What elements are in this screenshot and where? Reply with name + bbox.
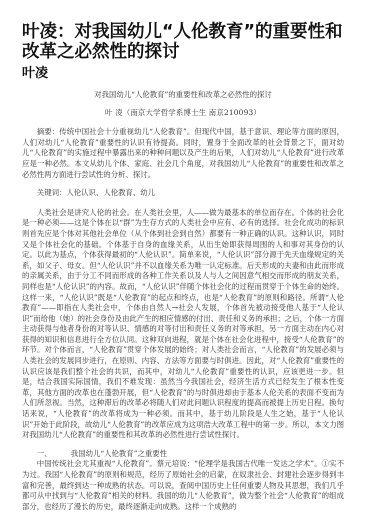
- keywords-line: 关键词：人伦认识、人伦教育、幼儿: [22, 188, 344, 199]
- abstract-paragraph: 摘要：传统中国社会十分重视幼儿“人伦教育”。但现代中国，基于意识、理论等方面的原…: [22, 127, 344, 180]
- section-title: 我国幼儿“人伦教育”之重要性: [71, 449, 167, 458]
- intro-paragraph: 人类社会是讲究人伦的社会。在人类社会里，人——做为最基本的单位而存在。个体的社会…: [22, 208, 344, 441]
- page-title: 叶凌：对我国幼儿“人伦教育”的重要性和改革之必然性的探讨: [22, 22, 352, 62]
- page-author: 叶凌: [22, 66, 48, 82]
- document-byline: 叶 凌（南京大学哲学系博士生 南京210093）: [22, 108, 344, 119]
- section-paragraph: 中国传统社会尤其重视“人伦教育”。蔡元培说：“伦理学是我国古代唯一发达之学术”。…: [22, 459, 344, 512]
- section-heading: 一、我国幼儿“人伦教育”之重要性: [22, 449, 344, 460]
- document-heading: 对我国幼儿“人伦教育”的重要性和改革之必然性的探讨: [22, 90, 344, 101]
- section-number: 一、: [37, 449, 71, 460]
- document-page: 叶凌：对我国幼儿“人伦教育”的重要性和改革之必然性的探讨 叶凌 对我国幼儿“人伦…: [0, 0, 365, 516]
- document-body: 对我国幼儿“人伦教育”的重要性和改革之必然性的探讨 叶 凌（南京大学哲学系博士生…: [22, 90, 344, 512]
